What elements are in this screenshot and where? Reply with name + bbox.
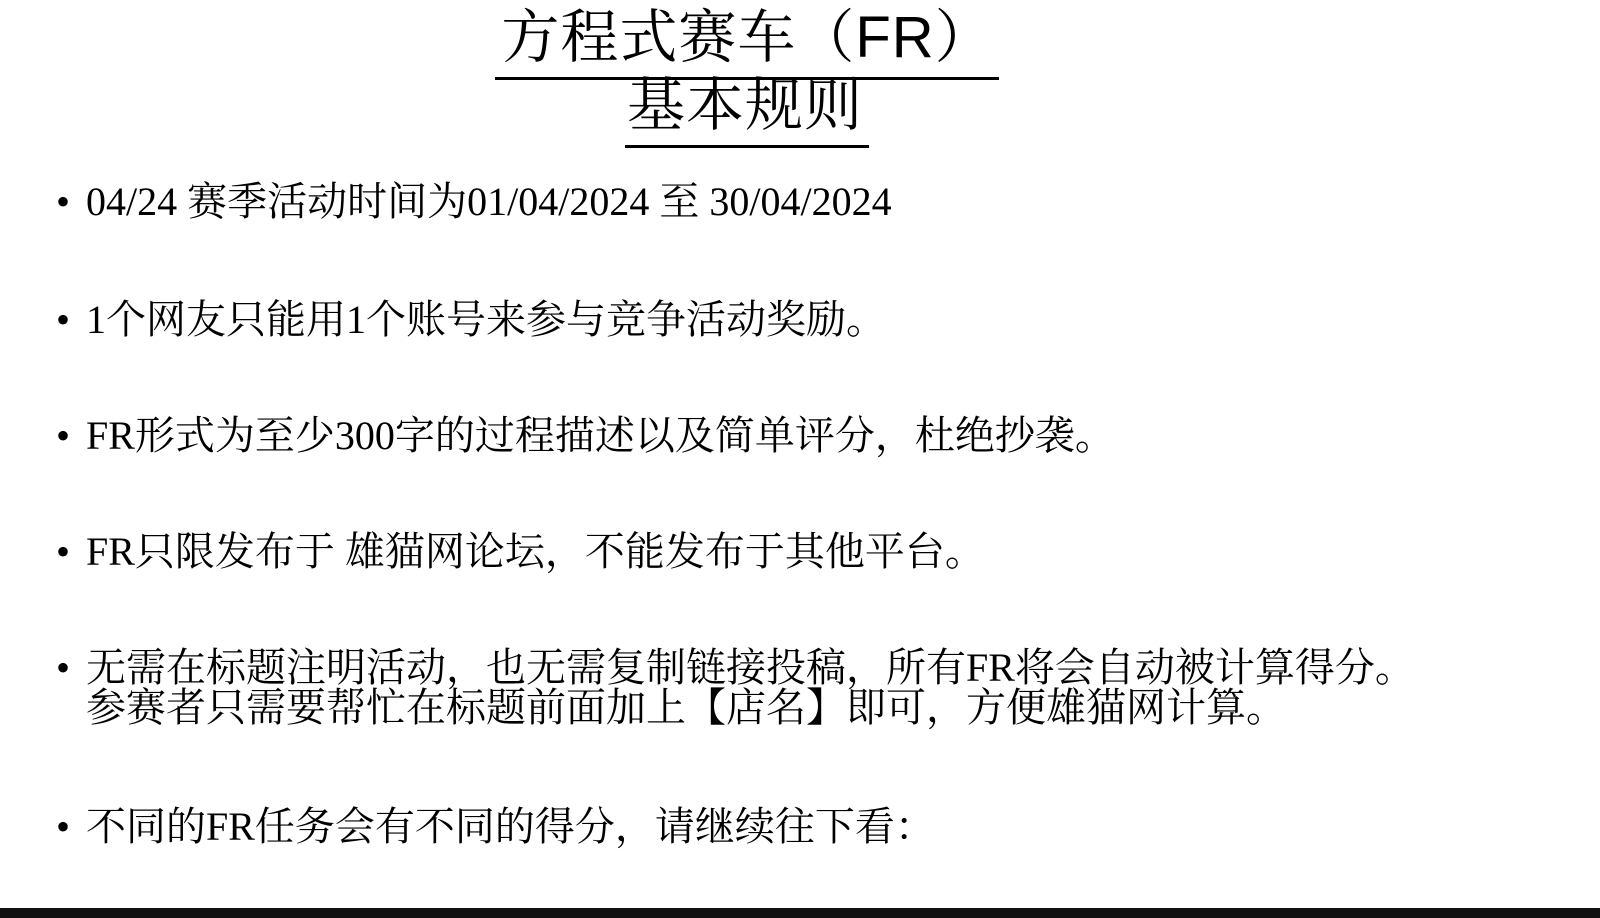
rule-text: 04/24 赛季活动时间为01/04/2024 至 30/04/2024: [86, 180, 892, 224]
rule-text: FR形式为至少300字的过程描述以及简单评分，杜绝抄袭。: [86, 414, 1115, 458]
rule-text: 1个网友只能用1个账号来参与竞争活动奖励。: [86, 298, 886, 342]
rule-item-different-scores: • 不同的FR任务会有不同的得分，请继续往下看：: [86, 805, 935, 849]
rule-text: 不同的FR任务会有不同的得分，请继续往下看：: [86, 805, 935, 849]
title-underline-sub: [625, 145, 869, 148]
bullet-icon: •: [56, 646, 70, 690]
title-line-sub: 基本规则: [620, 70, 870, 142]
bullet-icon: •: [56, 530, 70, 574]
bullet-icon: •: [56, 805, 70, 849]
bottom-edge-bar: [0, 908, 1600, 918]
rule-item-one-account: • 1个网友只能用1个账号来参与竞争活动奖励。: [86, 298, 886, 342]
bullet-icon: •: [56, 180, 70, 224]
rule-item-auto-scoring: • 无需在标题注明活动，也无需复制链接投稿，所有FR将会自动被计算得分。 参赛者…: [86, 646, 1415, 730]
rule-text: 无需在标题注明活动，也无需复制链接投稿，所有FR将会自动被计算得分。: [86, 646, 1415, 690]
rule-item-season-dates: • 04/24 赛季活动时间为01/04/2024 至 30/04/2024: [86, 180, 892, 224]
rule-text-continued: 参赛者只需要帮忙在标题前面加上【店名】即可，方便雄猫网计算。: [86, 686, 1415, 730]
rule-item-platform: • FR只限发布于 雄猫网论坛，不能发布于其他平台。: [86, 530, 985, 574]
bullet-icon: •: [56, 298, 70, 342]
title-line-main: 方程式赛车（FR）: [495, 2, 1000, 74]
rule-text: FR只限发布于 雄猫网论坛，不能发布于其他平台。: [86, 530, 985, 574]
rule-item-fr-format: • FR形式为至少300字的过程描述以及简单评分，杜绝抄袭。: [86, 414, 1115, 458]
bullet-icon: •: [56, 414, 70, 458]
